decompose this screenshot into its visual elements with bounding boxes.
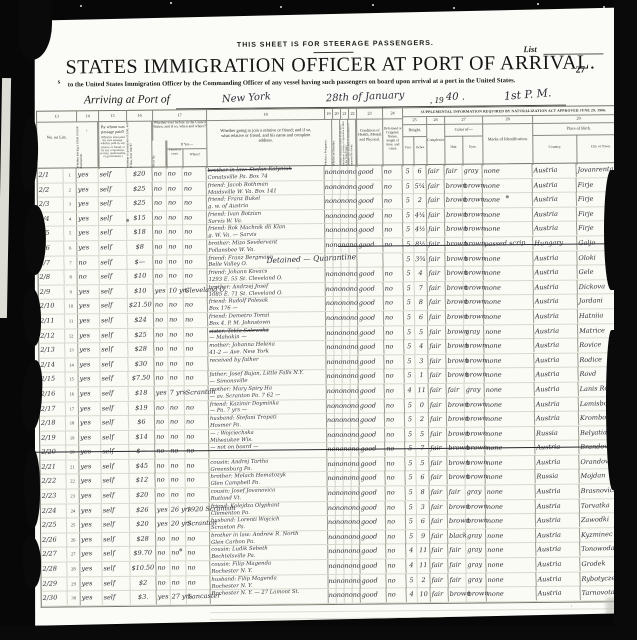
- cell-country: Austria: [533, 221, 577, 236]
- ghost-line: [210, 608, 628, 613]
- cell-ln: 2/10: [39, 300, 65, 314]
- cell-ticket: yes: [79, 489, 101, 503]
- cell-marks: none: [485, 455, 535, 470]
- cell-join: mother: Mary Spiry Ha— av. Scranton Pa. …: [209, 385, 327, 400]
- col-num-17: 17: [152, 110, 206, 121]
- cell-def: [383, 253, 403, 267]
- scan-artifact: [23, 288, 41, 346]
- cell-hair: brown: [447, 456, 465, 470]
- cell-ev1: no: [153, 226, 167, 240]
- cell-ev2: no: [168, 299, 184, 313]
- cell-ft: 5: [403, 238, 414, 252]
- cell-ev1: no: [155, 415, 169, 429]
- cell-ev2: no: [170, 576, 186, 590]
- cell-ticket: yes: [80, 518, 102, 532]
- cell-ev2: no: [167, 182, 183, 196]
- cell-ft: 5: [404, 369, 415, 383]
- cell-ev1: no: [156, 547, 170, 561]
- cell-paid: self: [102, 532, 130, 547]
- cell-marks: none: [483, 266, 533, 281]
- cell-ev2: no: [169, 430, 185, 444]
- cell-eyes: brown: [463, 266, 483, 280]
- cell-money: $18: [127, 226, 153, 240]
- col-num-23: 23: [356, 108, 382, 118]
- col-label-17-period: Period of years.: [166, 148, 182, 168]
- cell-ev2: no: [170, 547, 186, 561]
- cell-eyes: gray: [462, 164, 482, 178]
- cell-ev1: no: [154, 313, 168, 327]
- sheet-number: 27: [576, 66, 586, 76]
- cell-join: received by father: [208, 356, 326, 371]
- cell-eyes: gray: [464, 325, 484, 339]
- cell-ev1: no: [153, 255, 167, 269]
- cell-def: no: [385, 457, 405, 471]
- cell-def: no: [385, 428, 405, 442]
- cell-in: 8: [416, 486, 429, 500]
- date-handwritten: 28th of January: [326, 90, 405, 104]
- cell-no: 10: [65, 300, 78, 314]
- cell-hair: fair: [448, 544, 466, 558]
- cell-ev2: no: [168, 357, 184, 371]
- cell-money: $25: [127, 197, 153, 211]
- cell-join: brother: Andrzej Josef1085 E. 71 St. Cle…: [208, 283, 326, 298]
- cell-ev3: no: [185, 459, 209, 473]
- cell-money: $9.70: [130, 547, 156, 561]
- cell-ln: 2/1: [37, 168, 63, 182]
- cell-eyes: gray: [466, 529, 486, 543]
- cell-hair: fair: [448, 573, 466, 587]
- cell-in: 0: [416, 398, 429, 412]
- cell-money: $20: [129, 488, 155, 502]
- cell-health: good: [360, 501, 386, 515]
- cell-eyes: gray: [466, 558, 486, 572]
- cell-health: good: [359, 399, 385, 413]
- cell-join: friend: Jacob RothmanMaidsville W. Va. B…: [207, 181, 325, 196]
- cell-in: 4¼: [414, 209, 427, 223]
- cell-def: no: [385, 399, 405, 413]
- cell-ft: 5: [403, 194, 414, 208]
- cell-ev3: Scranton: [184, 386, 208, 400]
- page-title: STATES IMMIGRATION OFFICER AT PORT OF AR…: [65, 51, 605, 79]
- cell-join: friend: Johann Kovacs1293 E. 55 St. Clev…: [208, 268, 326, 283]
- cell-no: 2: [64, 183, 77, 197]
- cell-def: no: [386, 588, 406, 602]
- cell-ev3: Scranton: [186, 517, 210, 531]
- cell-in: 6: [413, 165, 426, 179]
- cell-hair: fair: [448, 558, 466, 572]
- cell-money: $2: [130, 576, 156, 590]
- cell-ln: 2/20: [40, 445, 66, 459]
- cell-join: Rochester N. Y. — 27 Lamont St.: [211, 589, 329, 604]
- cell-money: $8: [127, 240, 153, 254]
- cell-eyes: brown: [464, 369, 484, 383]
- cell-cx: fair: [428, 354, 446, 368]
- cell-ln: 2/12: [39, 329, 65, 343]
- cell-ft: 5: [403, 253, 414, 267]
- scan-artifact: [604, 170, 618, 290]
- cell-ticket: yes: [77, 212, 99, 226]
- cell-ln: 2/23: [40, 489, 66, 503]
- cell-eyes: brown: [464, 296, 484, 310]
- cell-ev1: no: [155, 459, 169, 473]
- cell-ev1: no: [154, 299, 168, 313]
- cell-in: 2: [417, 573, 430, 587]
- cell-ft: 5: [403, 223, 414, 237]
- manifest-table: 13 14 15 16 17 18 19 20 21 22 23 24 SUPP…: [36, 105, 628, 627]
- cell-ticket: yes: [77, 226, 99, 240]
- cell-join: friend: Kazimir Doyminka— Pa. 7 yrs —: [209, 399, 327, 414]
- cell-health: good: [360, 530, 386, 544]
- cell-ft: 5: [404, 282, 415, 296]
- cell-hair: brown: [446, 354, 464, 368]
- cell-hair: brown: [445, 267, 463, 281]
- cell-hair: brown: [448, 515, 466, 529]
- cell-ft: 4: [404, 384, 415, 398]
- cell-paid: self: [99, 226, 127, 241]
- cell-ev3: no: [184, 298, 208, 312]
- cell-no: 12: [65, 329, 78, 343]
- cell-ticket: yes: [80, 547, 102, 561]
- cell-cx: fair: [430, 588, 448, 602]
- cell-paid: self: [99, 182, 127, 197]
- cell-ev3: no: [186, 532, 210, 546]
- cell-health: good: [358, 369, 384, 383]
- cell-ln: 2/11: [39, 314, 65, 328]
- cell-no: 20: [66, 446, 79, 460]
- col-label-15-fine: (Whether alien paid his own passage, whe…: [99, 136, 126, 159]
- cell-ft: 4: [406, 588, 417, 602]
- cell-ticket: no: [77, 270, 99, 284]
- cell-ev1: yes: [156, 518, 170, 532]
- cell-ln: 2/29: [41, 577, 67, 591]
- col-num-25: 25: [402, 116, 426, 124]
- cell-ticket: yes: [79, 474, 101, 488]
- cell-ln: 2/21: [40, 460, 66, 474]
- cell-health: good: [356, 165, 382, 179]
- cell-ticket: yes: [80, 591, 102, 605]
- cell-marks: passed scrip: [483, 236, 533, 251]
- cell-eyes: brown: [465, 412, 485, 426]
- cell-health: good: [360, 588, 386, 602]
- cell-ev1: no: [153, 270, 167, 284]
- cell-def: no: [382, 165, 402, 179]
- cell-ticket: yes: [80, 533, 102, 547]
- cell-eyes: gray: [466, 573, 486, 587]
- cell-paid: self: [100, 328, 128, 343]
- cell-no: 29: [67, 577, 80, 591]
- cell-hair: brown: [448, 500, 466, 514]
- cell-join: brother in law: Stefan KalyniukConatsvil…: [207, 166, 325, 181]
- cell-cx: fair: [429, 427, 447, 441]
- scan-artifact: [24, 448, 40, 528]
- cell-in: 2: [414, 194, 427, 208]
- cell-paid: self: [98, 168, 126, 183]
- cell-paid: self: [101, 445, 129, 460]
- cell-ev1: yes: [154, 284, 168, 298]
- cell-no: 19: [66, 431, 79, 445]
- cell-ev2: 7 yrs: [168, 386, 184, 400]
- cell-no: 9: [65, 285, 78, 299]
- cell-join: friend: Rudolf PolesakBox 176 —: [208, 297, 326, 312]
- cell-money: $18: [129, 386, 155, 400]
- cell-cx: fair: [430, 573, 448, 587]
- cell-ft: 5: [404, 340, 415, 354]
- cell-no: 4: [64, 212, 77, 226]
- cell-def: no: [383, 209, 403, 223]
- cell-ft: 5: [403, 267, 414, 281]
- col-num-20: 20: [332, 109, 340, 119]
- cell-in: 3: [415, 355, 428, 369]
- col-label-14: Whether having a ticket to final destina…: [76, 121, 98, 169]
- stray-mark: s: [58, 79, 61, 86]
- cell-ev3: no: [186, 546, 210, 560]
- col-label-17-where: Where?: [182, 148, 206, 168]
- cell-ev2: no: [167, 269, 183, 283]
- cell-ev2: no: [167, 211, 183, 225]
- cell-money: $28: [130, 532, 156, 546]
- cell-ev1: no: [155, 488, 169, 502]
- cell-ticket: yes: [79, 401, 101, 415]
- cell-eyes: brown: [466, 587, 486, 601]
- cell-eyes: brown: [463, 252, 483, 266]
- cell-country: Austria: [536, 572, 580, 587]
- cell-no: 14: [65, 358, 78, 372]
- cell-money: $10.50: [130, 561, 156, 575]
- cell-ticket: yes: [79, 387, 101, 401]
- cell-ev1: yes: [154, 386, 168, 400]
- cell-def: no: [386, 530, 406, 544]
- cell-marks: none: [485, 426, 535, 441]
- cell-ft: 5: [405, 399, 416, 413]
- cell-marks: none: [483, 251, 533, 266]
- cell-in: 11: [417, 559, 430, 573]
- cell-no: 6: [64, 241, 77, 255]
- cell-country: Austria: [534, 353, 578, 368]
- cell-join: — : WojciechskaMilwaukee Wis.: [209, 429, 327, 444]
- cell-marks: none: [483, 222, 533, 237]
- cell-hair: brown: [446, 296, 464, 310]
- cell-join: brother: Melach HematozykGlen Campbell P…: [209, 472, 327, 487]
- cell-ft: 4: [406, 544, 417, 558]
- cell-cx: fair: [430, 559, 448, 573]
- cell-ev2: no: [169, 488, 185, 502]
- cell-marks: none: [483, 193, 533, 208]
- cell-hair: brown: [448, 588, 466, 602]
- col-label-29: Place of Birth.: [532, 122, 624, 135]
- cell-eyes: brown: [463, 208, 483, 222]
- cell-money: $26: [130, 503, 156, 517]
- cell-ft: 5: [406, 530, 417, 544]
- cell-in: 5: [416, 428, 429, 442]
- cell-ev1: no: [154, 372, 168, 386]
- cell-paid: self: [102, 518, 130, 533]
- cell-ev2: no: [168, 328, 184, 342]
- cell-no: 21: [66, 460, 79, 474]
- cell-paid: self: [100, 357, 128, 372]
- col-label-27: Color of—: [444, 123, 482, 135]
- cell-ticket: yes: [78, 299, 100, 313]
- cell-country: Austria: [535, 484, 579, 499]
- arriving-label: Arriving at Port of: [84, 93, 170, 106]
- cell-ev3: no: [183, 225, 207, 239]
- cell-ev3: no: [183, 196, 207, 210]
- cell-cx: fair: [426, 165, 444, 179]
- cell-marks: none: [486, 499, 536, 514]
- cell-ev2: no: [169, 474, 185, 488]
- cell-health: good: [358, 296, 384, 310]
- cell-ln: 2/27: [41, 548, 67, 562]
- cell-ev3: no: [185, 400, 209, 414]
- cell-ev3: no: [185, 430, 209, 444]
- cell-country: Austria: [536, 528, 580, 543]
- cell-money: $—: [127, 255, 153, 269]
- cell-ev2: no: [169, 415, 185, 429]
- col-num-15: 15: [98, 111, 126, 121]
- cell-health: good: [357, 194, 383, 208]
- cell-marks: none: [486, 557, 536, 572]
- cell-ev3: no: [185, 488, 209, 502]
- col-num-19: 19: [324, 109, 332, 119]
- cell-ft: 5: [404, 296, 415, 310]
- cell-paid: self: [99, 211, 127, 226]
- cell-marks: none: [484, 309, 534, 324]
- cell-hair: brown: [446, 281, 464, 295]
- cell-hair: brown: [445, 194, 463, 208]
- cell-ft: 5: [405, 428, 416, 442]
- cell-ticket: yes: [78, 314, 100, 328]
- cell-paid: self: [101, 430, 129, 445]
- cell-health: good: [358, 384, 384, 398]
- cell-paid: self: [99, 270, 127, 285]
- cell-ft: 5: [403, 180, 414, 194]
- cell-ft: 5: [405, 413, 416, 427]
- cell-marks: none: [484, 295, 534, 310]
- cell-ticket: yes: [76, 168, 98, 182]
- scanned-manifest: { "header": { "steerage_notice": "THIS S…: [0, 0, 637, 640]
- cell-cx: fair: [429, 442, 447, 456]
- cell-marks: none: [483, 178, 533, 193]
- cell-paid: self: [100, 343, 128, 358]
- cell-cx: fair: [427, 223, 445, 237]
- cell-ev1: no: [153, 240, 167, 254]
- joining-line1: received by father: [209, 355, 325, 365]
- scan-artifact: [614, 0, 637, 640]
- cell-ticket: yes: [78, 343, 100, 357]
- cell-in: 3: [417, 501, 430, 515]
- cell-ft: 5: [404, 311, 415, 325]
- col-label-25: Height.: [402, 124, 426, 136]
- time-handwritten: 1st P. M.: [503, 86, 551, 103]
- cell-no: 18: [66, 416, 79, 430]
- cell-ev1: no: [153, 197, 167, 211]
- cell-paid: self: [100, 314, 128, 329]
- cell-ln: 2/13: [39, 343, 65, 357]
- cell-ev1: no: [156, 532, 170, 546]
- cell-ev3: no: [185, 415, 209, 429]
- cell-country: Russia: [535, 426, 579, 441]
- cell-country: Austria: [536, 586, 580, 601]
- cell-marks: none: [485, 441, 535, 456]
- cell-paid: self: [100, 284, 128, 299]
- cell-health: good: [357, 209, 383, 223]
- cell-paid: self: [102, 576, 130, 591]
- cell-join: friend: Demetro TomziBox 4. P. M. Johnst…: [208, 312, 326, 327]
- cell-hair: brown: [445, 252, 463, 266]
- cell-no: 17: [66, 402, 79, 416]
- cell-paid: self: [102, 547, 130, 562]
- cell-health: good: [359, 442, 385, 456]
- cell-ticket: yes: [80, 577, 102, 591]
- col-label-25-inches: Inches.: [413, 136, 426, 166]
- cell-country: Austria: [534, 367, 578, 382]
- cell-hair: brown: [445, 179, 463, 193]
- cell-join: mother: Johanna Helena41-2 — Ave. New Yo…: [208, 341, 326, 356]
- cell-marks: none: [484, 280, 534, 295]
- cell-cx: fair: [429, 486, 447, 500]
- cell-marks: none: [486, 528, 536, 543]
- cell-in: 5¼: [414, 179, 427, 193]
- cell-in: 6: [417, 515, 430, 529]
- cell-ft: 5: [405, 486, 416, 500]
- cell-money: $30: [128, 357, 154, 371]
- cell-cx: fair: [427, 208, 445, 222]
- scan-artifact: [0, 626, 637, 640]
- cell-def: no: [385, 413, 405, 427]
- cell-ev1: no: [153, 182, 167, 196]
- cell-health: good: [359, 413, 385, 427]
- cell-ev2: no: [167, 255, 183, 269]
- cell-no: 24: [67, 504, 80, 518]
- cell-no: 30: [68, 592, 81, 606]
- cell-eyes: brown: [464, 354, 484, 368]
- cell-hair: fair: [446, 383, 464, 397]
- cell-in: 6: [415, 311, 428, 325]
- cell-ln: 2/19: [40, 431, 66, 445]
- cell-no: 5: [64, 227, 77, 241]
- cell-eyes: brown: [465, 442, 485, 456]
- cell-ticket: yes: [78, 285, 100, 299]
- cell-paid: self: [102, 591, 130, 606]
- cell-def: no: [385, 471, 405, 485]
- cell-paid: self: [101, 459, 129, 474]
- cell-def: no: [384, 340, 404, 354]
- cell-ev1: no: [156, 561, 170, 575]
- cell-ev3: no: [182, 167, 206, 181]
- ghost-line: [406, 622, 628, 625]
- cell-ev2: 10 yrs: [168, 284, 184, 298]
- cell-eyes: brown: [463, 179, 483, 193]
- cell-eyes: gray: [465, 485, 485, 499]
- cell-ticket: yes: [77, 241, 99, 255]
- cell-ft: 5: [405, 471, 416, 485]
- cell-ft: 5: [405, 457, 416, 471]
- cell-country: Austria: [535, 440, 579, 455]
- cell-ev2: 20 yrs: [170, 517, 186, 531]
- cell-money: $12: [129, 474, 155, 488]
- cell-ev2: no: [169, 401, 185, 415]
- cell-ln: 2/16: [40, 387, 66, 401]
- cell-ev3: no: [183, 269, 207, 283]
- cell-in: 10: [417, 588, 430, 602]
- cell-in: 11: [415, 384, 428, 398]
- cell-ln: 2/2: [38, 183, 64, 197]
- cell-def: no: [383, 194, 403, 208]
- cell-no: 11: [65, 314, 78, 328]
- cell-country: Austria: [534, 324, 578, 339]
- cell-paid: self: [101, 401, 129, 416]
- cell-money: $15: [127, 211, 153, 225]
- col-label-28: Marks of Identification.: [482, 123, 532, 165]
